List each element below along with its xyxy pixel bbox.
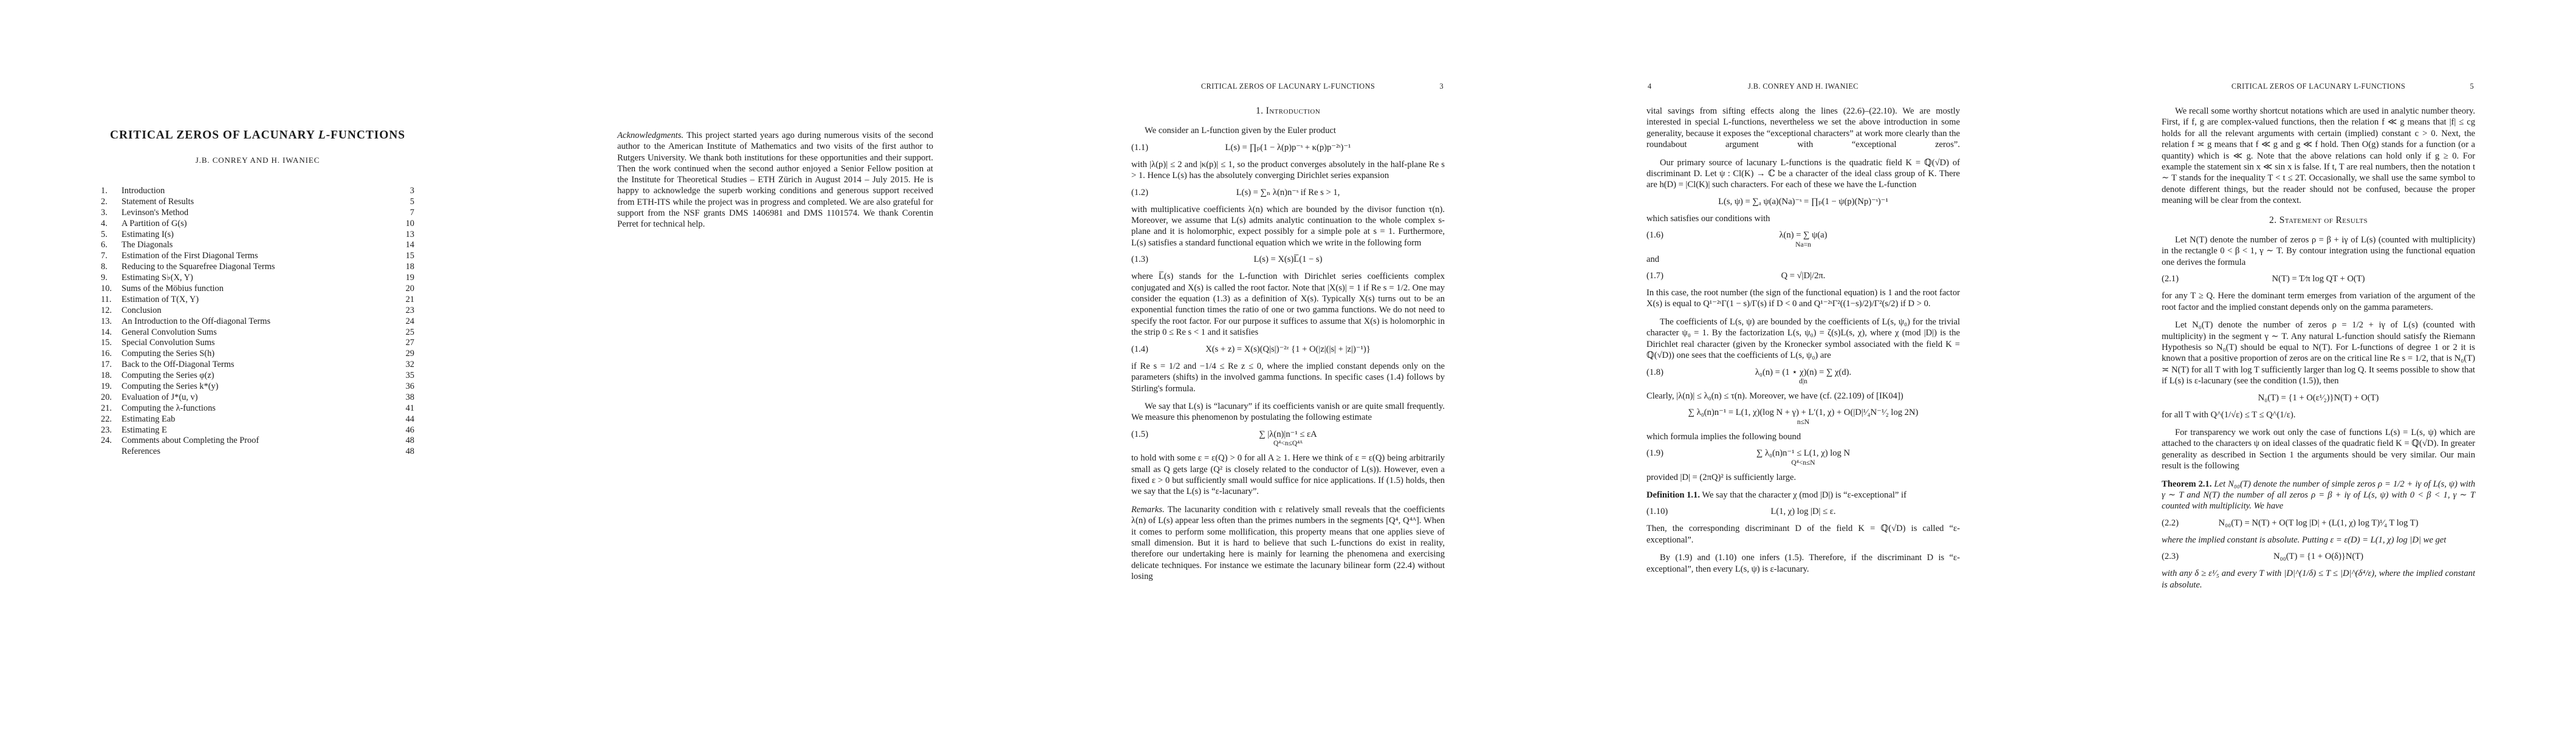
acknowledgments-label: Acknowledgments. bbox=[617, 131, 683, 140]
equation-1-3: (1.3)L(s) = X(s)L̅(1 − s) bbox=[1131, 254, 1445, 265]
toc-item-label: Back to the Off-Diagonal Terms bbox=[122, 360, 235, 371]
toc-item-number: 11. bbox=[101, 295, 122, 306]
toc-item-page: 14 bbox=[406, 240, 414, 251]
toc-item-page: 46 bbox=[406, 425, 414, 436]
toc-row: 21. Computing the λ-functions 41 bbox=[101, 403, 414, 414]
page-5-results: CRITICAL ZEROS OF LACUNARY L-FUNCTIONS 5… bbox=[2061, 0, 2576, 729]
equation-body: N₀₀(T) = N(T) + O(T log |D| + (L(1, χ) l… bbox=[2219, 518, 2419, 528]
toc-item-label: Reducing to the Squarefree Diagonal Term… bbox=[122, 262, 275, 273]
equation-body: L(1, χ) log |D| ≤ ε. bbox=[1770, 507, 1835, 516]
toc-row: 3. Levinson's Method 7 bbox=[101, 208, 414, 219]
toc-item-label: Computing the Series k*(y) bbox=[122, 382, 218, 392]
toc-item-number: 12. bbox=[101, 306, 122, 317]
toc-row: 19. Computing the Series k*(y) 36 bbox=[101, 382, 414, 392]
toc-row: 16. Computing the Series S(h) 29 bbox=[101, 349, 414, 360]
remarks-label: Remarks. bbox=[1131, 505, 1165, 515]
equation-class-group-lfunction: L(s, ψ) = ∑ₐ ψ(a)(Na)⁻ˢ = ∏ₚ(1 − ψ(p)(Np… bbox=[1646, 196, 1960, 208]
toc-item-page: 48 bbox=[406, 436, 414, 447]
remarks-text: The lacunarity condition with ε relative… bbox=[1131, 505, 1445, 581]
paragraph: for all T with Q^(1/√ε) ≤ T ≤ Q^(1/ε). bbox=[2162, 409, 2475, 420]
toc-item-number: 21. bbox=[101, 403, 122, 414]
paragraph: For transparency we work out only the ca… bbox=[2162, 427, 2475, 472]
equation-label: (1.6) bbox=[1646, 230, 1663, 241]
toc-item-number: 1. bbox=[101, 186, 122, 197]
page-2-acknowledgments: Acknowledgments. This project started ye… bbox=[515, 0, 1030, 729]
paper-title-L-italic: L bbox=[318, 129, 326, 142]
toc-item-label: Introduction bbox=[122, 186, 165, 197]
theorem-continuation: where the implied constant is absolute. … bbox=[2162, 535, 2475, 546]
page-number: 3 bbox=[1439, 81, 1444, 92]
equation-label: (1.3) bbox=[1131, 254, 1148, 265]
paragraph: Our primary source of lacunary L-functio… bbox=[1646, 157, 1960, 191]
page-3-content: CRITICAL ZEROS OF LACUNARY L-FUNCTIONS 3… bbox=[1131, 81, 1445, 583]
equation-label: (2.2) bbox=[2162, 518, 2179, 529]
toc-item-page: 38 bbox=[406, 392, 414, 403]
toc-item-number: 13. bbox=[101, 317, 122, 327]
toc-row: 6. The Diagonals 14 bbox=[101, 240, 414, 251]
paragraph: Then, the corresponding discriminant D o… bbox=[1646, 523, 1960, 546]
toc-item-label: Sums of the Möbius function bbox=[122, 284, 224, 295]
paragraph: which formula implies the following boun… bbox=[1646, 431, 1960, 442]
toc-item-page: 18 bbox=[406, 262, 414, 273]
toc-item-label: Evaluation of J*(u, v) bbox=[122, 392, 198, 403]
toc-item-number: 24. bbox=[101, 436, 122, 447]
paragraph: We recall some worthy shortcut notations… bbox=[2162, 106, 2475, 207]
page-3-introduction: CRITICAL ZEROS OF LACUNARY L-FUNCTIONS 3… bbox=[1030, 0, 1546, 729]
page-5-content: CRITICAL ZEROS OF LACUNARY L-FUNCTIONS 5… bbox=[2162, 81, 2475, 590]
equation-body: ∑ |λ(n)|n⁻¹ ≤ εA bbox=[1259, 430, 1317, 439]
toc-item-number: 4. bbox=[101, 219, 122, 230]
authors-line: J.B. CONREY AND H. IWANIEC bbox=[0, 156, 515, 165]
remarks-paragraph: Remarks. The lacunarity condition with ε… bbox=[1131, 504, 1445, 583]
equation-summation-limits: n≤N bbox=[1646, 419, 1960, 426]
toc-item-label: Special Convolution Sums bbox=[122, 338, 215, 349]
toc-item-label: Estimating Eab bbox=[122, 414, 175, 425]
toc-item-number: 7. bbox=[101, 251, 122, 262]
equation-1-1: (1.1)L(s) = ∏ₚ(1 − λ(p)p⁻ˢ + κ(p)p⁻²ˢ)⁻¹ bbox=[1131, 142, 1445, 154]
equation-mean-value: ∑ λ₀(n)n⁻¹ = L(1, χ)(log N + γ) + L′(1, … bbox=[1646, 407, 1960, 425]
paragraph: Let N₀(T) denote the number of zeros ρ =… bbox=[2162, 320, 2475, 386]
paragraph: The coefficients of L(s, ψ) are bounded … bbox=[1646, 317, 1960, 361]
toc-item-page: 19 bbox=[406, 273, 414, 284]
paragraph: Clearly, |λ(n)| ≤ λ₀(n) ≤ τ(n). Moreover… bbox=[1646, 391, 1960, 402]
equation-body: X(s + z) = X(s)(Q|s|)⁻²ᶻ {1 + O(|z|(|s| … bbox=[1205, 344, 1371, 354]
toc-row: 1. Introduction 3 bbox=[101, 186, 414, 197]
toc-item-number: 16. bbox=[101, 349, 122, 360]
equation-body: λ(n) = ∑ ψ(a) bbox=[1779, 230, 1827, 240]
equation-body: N₀(T) = {1 + O(ε¹⁄₂)}N(T) + O(T) bbox=[2258, 393, 2379, 403]
equation-label: (1.10) bbox=[1646, 506, 1668, 517]
toc-item-label: A Partition of G(s) bbox=[122, 219, 187, 230]
equation-body: λ₀(n) = (1 ⋆ χ)(n) = ∑ χ(d). bbox=[1755, 368, 1851, 377]
toc-row: References 48 bbox=[101, 447, 414, 457]
equation-1-4: (1.4)X(s + z) = X(s)(Q|s|)⁻²ᶻ {1 + O(|z|… bbox=[1131, 344, 1445, 355]
equation-summation-limits: Q⁴<n≤Q⁴ᴬ bbox=[1131, 440, 1445, 447]
equation-1-8: (1.8)λ₀(n) = (1 ⋆ χ)(n) = ∑ χ(d).d|n bbox=[1646, 367, 1960, 385]
toc-item-page: 7 bbox=[410, 208, 414, 219]
toc-item-page: 20 bbox=[406, 284, 414, 295]
toc-item-number: 8. bbox=[101, 262, 122, 273]
paragraph: In this case, the root number (the sign … bbox=[1646, 287, 1960, 310]
toc-row: 10. Sums of the Möbius function 20 bbox=[101, 284, 414, 295]
toc-row: 2. Statement of Results 5 bbox=[101, 197, 414, 208]
paragraph: if Re s = 1/2 and −1/4 ≤ Re z ≤ 0, where… bbox=[1131, 361, 1445, 394]
equation-body: L(s) = ∏ₚ(1 − λ(p)p⁻ˢ + κ(p)p⁻²ˢ)⁻¹ bbox=[1225, 143, 1351, 152]
paragraph: We consider an L-function given by the E… bbox=[1131, 125, 1445, 136]
toc-item-label: Estimation of T(X, Y) bbox=[122, 295, 199, 306]
toc-item-number: 5. bbox=[101, 230, 122, 241]
equation-body: Q = √|D|/2π. bbox=[1781, 271, 1826, 281]
toc-item-label: Conclusion bbox=[122, 306, 162, 317]
toc-item-page: 15 bbox=[406, 251, 414, 262]
toc-row: 18. Computing the Series φ(z) 35 bbox=[101, 371, 414, 382]
paragraph: vital savings from sifting effects along… bbox=[1646, 106, 1960, 151]
equation-1-6: (1.6)λ(n) = ∑ ψ(a)Na=n bbox=[1646, 230, 1960, 248]
toc-item-number: 20. bbox=[101, 392, 122, 403]
equation-body: N₀₀(T) = {1 + O(δ)}N(T) bbox=[2273, 552, 2363, 561]
toc-item-page: 25 bbox=[406, 327, 414, 338]
toc-row: 4. A Partition of G(s) 10 bbox=[101, 219, 414, 230]
equation-2-3: (2.3)N₀₀(T) = {1 + O(δ)}N(T) bbox=[2162, 551, 2475, 563]
toc-item-label: An Introduction to the Off-diagonal Term… bbox=[122, 317, 270, 327]
toc-item-page: 48 bbox=[406, 447, 414, 457]
theorem-paragraph: Theorem 2.1. Let N₀₀(T) denote the numbe… bbox=[2162, 479, 2475, 512]
equation-body: N(T) = T⁄π log QT + O(T) bbox=[2272, 274, 2365, 284]
toc-row: 7. Estimation of the First Diagonal Term… bbox=[101, 251, 414, 262]
paper-title-suffix: -FUNCTIONS bbox=[326, 129, 405, 142]
toc-item-label: Comments about Completing the Proof bbox=[122, 436, 259, 447]
toc-row: 8. Reducing to the Squarefree Diagonal T… bbox=[101, 262, 414, 273]
paragraph: provided |D| = (2πQ)² is sufficiently la… bbox=[1646, 472, 1960, 483]
toc-item-label: General Convolution Sums bbox=[122, 327, 217, 338]
equation-body: ∑ λ₀(n)n⁻¹ = L(1, χ)(log N + γ) + L′(1, … bbox=[1688, 408, 1919, 417]
toc-item-number: 19. bbox=[101, 382, 122, 392]
paragraph: where L̅(s) stands for the L-function wi… bbox=[1131, 271, 1445, 338]
paragraph: By (1.9) and (1.10) one infers (1.5). Th… bbox=[1646, 552, 1960, 575]
toc-item-page: 36 bbox=[406, 382, 414, 392]
toc-item-page: 32 bbox=[406, 360, 414, 371]
toc-row: 20. Evaluation of J*(u, v) 38 bbox=[101, 392, 414, 403]
toc-item-number: 3. bbox=[101, 208, 122, 219]
toc-item-page: 44 bbox=[406, 414, 414, 425]
toc-row: 15. Special Convolution Sums 27 bbox=[101, 338, 414, 349]
toc-row: 13. An Introduction to the Off-diagonal … bbox=[101, 317, 414, 327]
toc-item-label: Estimating S♭(X, Y) bbox=[122, 273, 193, 284]
toc-item-label: Computing the Series S(h) bbox=[122, 349, 214, 360]
theorem-label: Theorem 2.1. bbox=[2162, 479, 2211, 489]
toc-item-number: 15. bbox=[101, 338, 122, 349]
toc-item-label: Computing the Series φ(z) bbox=[122, 371, 214, 382]
toc-item-number: 14. bbox=[101, 327, 122, 338]
toc-item-label: The Diagonals bbox=[122, 240, 173, 251]
toc-item-page: 23 bbox=[406, 306, 414, 317]
paragraph: Let N(T) denote the number of zeros ρ = … bbox=[2162, 234, 2475, 268]
toc-item-number: 6. bbox=[101, 240, 122, 251]
equation-2-1: (2.1)N(T) = T⁄π log QT + O(T) bbox=[2162, 273, 2475, 285]
equation-label: (1.2) bbox=[1131, 187, 1148, 198]
paragraph: and bbox=[1646, 254, 1960, 265]
toc-row: 9. Estimating S♭(X, Y) 19 bbox=[101, 273, 414, 284]
acknowledgments-paragraph: Acknowledgments. This project started ye… bbox=[617, 130, 933, 230]
page-4: 4 J.B. CONREY AND H. IWANIEC vital savin… bbox=[1546, 0, 2061, 729]
toc-item-number: 18. bbox=[101, 371, 122, 382]
equation-n0-asymptotic: N₀(T) = {1 + O(ε¹⁄₂)}N(T) + O(T) bbox=[2162, 392, 2475, 404]
toc-item-page: 27 bbox=[406, 338, 414, 349]
toc-item-number bbox=[101, 447, 122, 457]
equation-body: ∑ λ₀(n)n⁻¹ ≤ L(1, χ) log N bbox=[1756, 448, 1850, 458]
toc-item-page: 41 bbox=[406, 403, 414, 414]
equation-body: L(s, ψ) = ∑ₐ ψ(a)(Na)⁻ˢ = ∏ₚ(1 − ψ(p)(Np… bbox=[1718, 197, 1888, 207]
toc-row: 17. Back to the Off-Diagonal Terms 32 bbox=[101, 360, 414, 371]
equation-body: L(s) = ∑ₙ λ(n)n⁻ˢ if Re s > 1, bbox=[1236, 188, 1340, 197]
toc-item-number: 22. bbox=[101, 414, 122, 425]
equation-1-9: (1.9)∑ λ₀(n)n⁻¹ ≤ L(1, χ) log NQ⁴<n≤N bbox=[1646, 448, 1960, 466]
paragraph: with |λ(p)| ≤ 2 and |κ(p)| ≤ 1, so the p… bbox=[1131, 159, 1445, 182]
equation-label: (1.8) bbox=[1646, 367, 1663, 378]
definition-label: Definition 1.1. bbox=[1646, 490, 1700, 500]
equation-label: (1.1) bbox=[1131, 142, 1148, 153]
toc-item-page: 29 bbox=[406, 349, 414, 360]
equation-1-7: (1.7)Q = √|D|/2π. bbox=[1646, 270, 1960, 282]
toc-item-page: 24 bbox=[406, 317, 414, 327]
page-number: 4 bbox=[1648, 81, 1652, 92]
equation-2-2: (2.2)N₀₀(T) = N(T) + O(T log |D| + (L(1,… bbox=[2162, 518, 2475, 529]
section-heading-statement-of-results: 2. Statement of Results bbox=[2162, 215, 2475, 226]
running-head-authors: J.B. CONREY AND H. IWANIEC bbox=[1748, 82, 1858, 91]
toc-item-page: 10 bbox=[406, 219, 414, 230]
toc-item-number: 2. bbox=[101, 197, 122, 208]
toc-item-page: 3 bbox=[410, 186, 414, 197]
page-number: 5 bbox=[2470, 81, 2474, 92]
equation-label: (1.4) bbox=[1131, 344, 1148, 355]
toc-item-number: 10. bbox=[101, 284, 122, 295]
paragraph: We say that L(s) is “lacunary” if its co… bbox=[1131, 401, 1445, 423]
toc-row: 11. Estimation of T(X, Y) 21 bbox=[101, 295, 414, 306]
section-heading-introduction: 1. Introduction bbox=[1131, 106, 1445, 117]
equation-summation-limits: Q⁴<n≤N bbox=[1646, 459, 1960, 467]
running-head: 4 J.B. CONREY AND H. IWANIEC bbox=[1646, 81, 1960, 90]
equation-label: (1.9) bbox=[1646, 448, 1663, 459]
toc-row: 24. Comments about Completing the Proof … bbox=[101, 436, 414, 447]
toc-item-number: 17. bbox=[101, 360, 122, 371]
equation-1-2: (1.2)L(s) = ∑ₙ λ(n)n⁻ˢ if Re s > 1, bbox=[1131, 187, 1445, 199]
pdf-canvas: arXiv:1607.03288v1 [math.NT] 12 Jul 2016… bbox=[0, 0, 2576, 729]
acknowledgments-text: This project started years ago during nu… bbox=[617, 131, 933, 229]
equation-label: (1.7) bbox=[1646, 270, 1663, 281]
running-head: CRITICAL ZEROS OF LACUNARY L-FUNCTIONS 3 bbox=[1131, 81, 1445, 90]
toc-item-page: 13 bbox=[406, 230, 414, 241]
toc-item-label: Computing the λ-functions bbox=[122, 403, 216, 414]
paper-title: CRITICAL ZEROS OF LACUNARY L-FUNCTIONS bbox=[0, 129, 515, 142]
toc-item-page: 35 bbox=[406, 371, 414, 382]
equation-1-10: (1.10)L(1, χ) log |D| ≤ ε. bbox=[1646, 506, 1960, 518]
definition-text: We say that the character χ (mod |D|) is… bbox=[1702, 490, 1906, 500]
toc-item-number: 9. bbox=[101, 273, 122, 284]
equation-label: (1.5) bbox=[1131, 429, 1148, 440]
equation-1-5: (1.5)∑ |λ(n)|n⁻¹ ≤ εAQ⁴<n≤Q⁴ᴬ bbox=[1131, 429, 1445, 447]
toc-item-page: 5 bbox=[410, 197, 414, 208]
running-head-title: CRITICAL ZEROS OF LACUNARY L-FUNCTIONS bbox=[2232, 82, 2405, 91]
toc-item-page: 21 bbox=[406, 295, 414, 306]
table-of-contents: 1. Introduction 3 2. Statement of Result… bbox=[101, 186, 414, 457]
toc-item-number: 23. bbox=[101, 425, 122, 436]
toc-item-label: Statement of Results bbox=[122, 197, 194, 208]
toc-item-label: Estimating E bbox=[122, 425, 167, 436]
paragraph: to hold with some ε = ε(Q) > 0 for all A… bbox=[1131, 453, 1445, 498]
toc-row: 22. Estimating Eab 44 bbox=[101, 414, 414, 425]
equation-label: (2.3) bbox=[2162, 551, 2179, 562]
toc-item-label: Levinson's Method bbox=[122, 208, 188, 219]
running-head: CRITICAL ZEROS OF LACUNARY L-FUNCTIONS 5 bbox=[2162, 81, 2475, 90]
equation-summation-limits: d|n bbox=[1646, 378, 1960, 385]
page-4-content: 4 J.B. CONREY AND H. IWANIEC vital savin… bbox=[1646, 81, 1960, 575]
toc-row: 14. General Convolution Sums 25 bbox=[101, 327, 414, 338]
equation-summation-limits: Na=n bbox=[1646, 241, 1960, 248]
toc-row: 23. Estimating E 46 bbox=[101, 425, 414, 436]
paragraph: with multiplicative coefficients λ(n) wh… bbox=[1131, 204, 1445, 249]
equation-label: (2.1) bbox=[2162, 273, 2179, 284]
toc-item-label: Estimation of the First Diagonal Terms bbox=[122, 251, 258, 262]
paragraph: which satisfies our conditions with bbox=[1646, 213, 1960, 224]
toc-row: 5. Estimating I(s) 13 bbox=[101, 230, 414, 241]
toc-item-label: Estimating I(s) bbox=[122, 230, 174, 241]
paper-title-text: CRITICAL ZEROS OF LACUNARY bbox=[110, 129, 318, 142]
toc-row: 12. Conclusion 23 bbox=[101, 306, 414, 317]
paragraph: for any T ≥ Q. Here the dominant term em… bbox=[2162, 290, 2475, 313]
theorem-continuation: with any δ ≥ ε¹⁄₅ and every T with |D|^(… bbox=[2162, 568, 2475, 590]
running-head-title: CRITICAL ZEROS OF LACUNARY L-FUNCTIONS bbox=[1201, 82, 1375, 91]
definition-paragraph: Definition 1.1. We say that the characte… bbox=[1646, 490, 1960, 501]
equation-body: L(s) = X(s)L̅(1 − s) bbox=[1254, 255, 1323, 264]
toc-item-label: References bbox=[122, 447, 160, 457]
page-1-title: CRITICAL ZEROS OF LACUNARY L-FUNCTIONS J… bbox=[0, 0, 515, 729]
